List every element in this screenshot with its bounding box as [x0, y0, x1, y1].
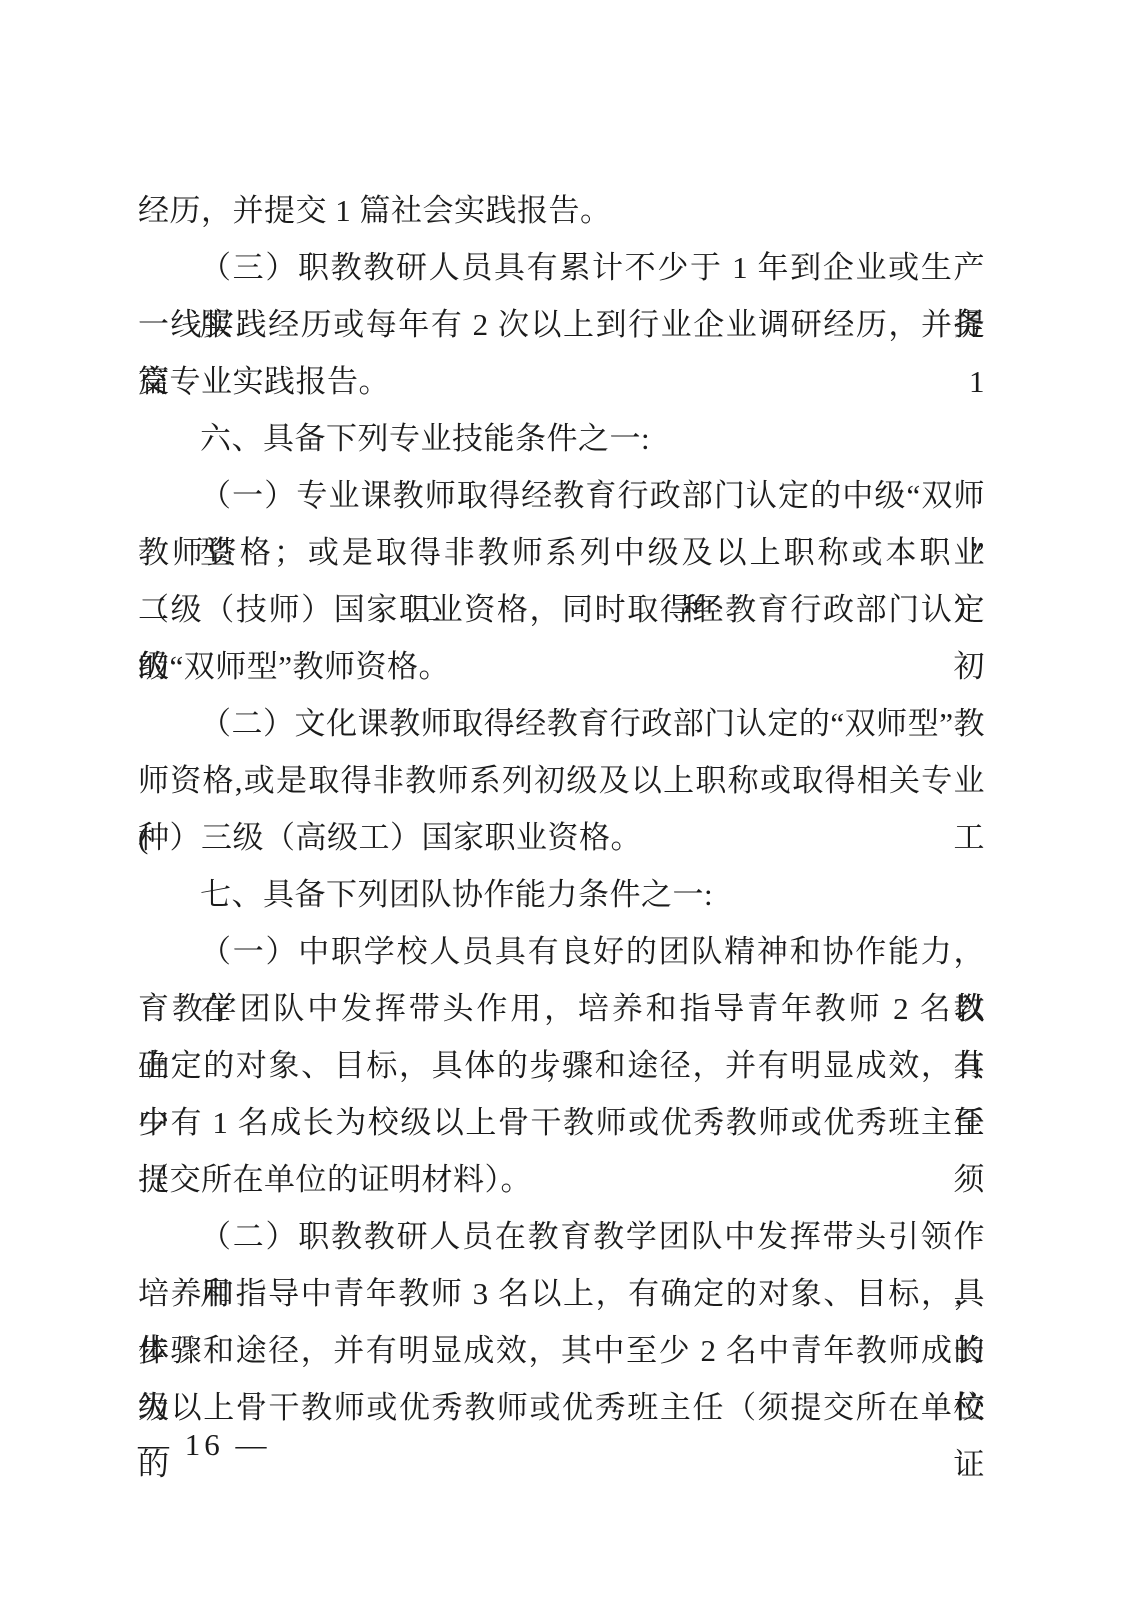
text-line: 师资格,或是取得非教师系列初级及以上职称或取得相关专业(工 [138, 752, 985, 809]
text-line: 育教学团队中发挥带头作用，培养和指导青年教师 2 名以上，有 [138, 980, 985, 1037]
page-number: — 16 — [138, 1425, 271, 1465]
text-line: （一）中职学校人员具有良好的团队精神和协作能力，在教 [138, 923, 985, 980]
section-heading-line: 七、具备下列团队协作能力条件之一: [138, 866, 985, 923]
text-block: 经历，并提交 1 篇社会实践报告。 （三）职教教研人员具有累计不少于 1 年到企… [138, 182, 985, 1436]
text-line: （三）职教教研人员具有累计不少于 1 年到企业或生产服务 [138, 239, 985, 296]
text-line: （二）职教教研人员在教育教学团队中发挥带头引领作用， [138, 1208, 985, 1265]
text-line: 确定的对象、目标，具体的步骤和途径，并有明显成效，其中至 [138, 1037, 985, 1094]
text-line: 一线实践经历或每年有 2 次以上到行业企业调研经历，并提交 1 [138, 296, 985, 353]
section-heading-line: 六、具备下列专业技能条件之一: [138, 410, 985, 467]
text-line: 步骤和途径，并有明显成效，其中至少 2 名中青年教师成长为校 [138, 1322, 985, 1379]
text-line: 少有 1 名成长为校级以上骨干教师或优秀教师或优秀班主任（须 [138, 1094, 985, 1151]
text-line: 教师资格；或是取得非教师系列中级及以上职称或本职业（工种） [138, 524, 985, 581]
text-line: 培养和指导中青年教师 3 名以上，有确定的对象、目标，具体的 [138, 1265, 985, 1322]
text-line: 二级（技师）国家职业资格，同时取得经教育行政部门认定的初 [138, 581, 985, 638]
document-page: 经历，并提交 1 篇社会实践报告。 （三）职教教研人员具有累计不少于 1 年到企… [0, 0, 1130, 1600]
text-line: （二）文化课教师取得经教育行政部门认定的“双师型”教 [138, 695, 985, 752]
text-line: （一）专业课教师取得经教育行政部门认定的中级“双师型” [138, 467, 985, 524]
text-line: 经历，并提交 1 篇社会实践报告。 [138, 182, 985, 239]
